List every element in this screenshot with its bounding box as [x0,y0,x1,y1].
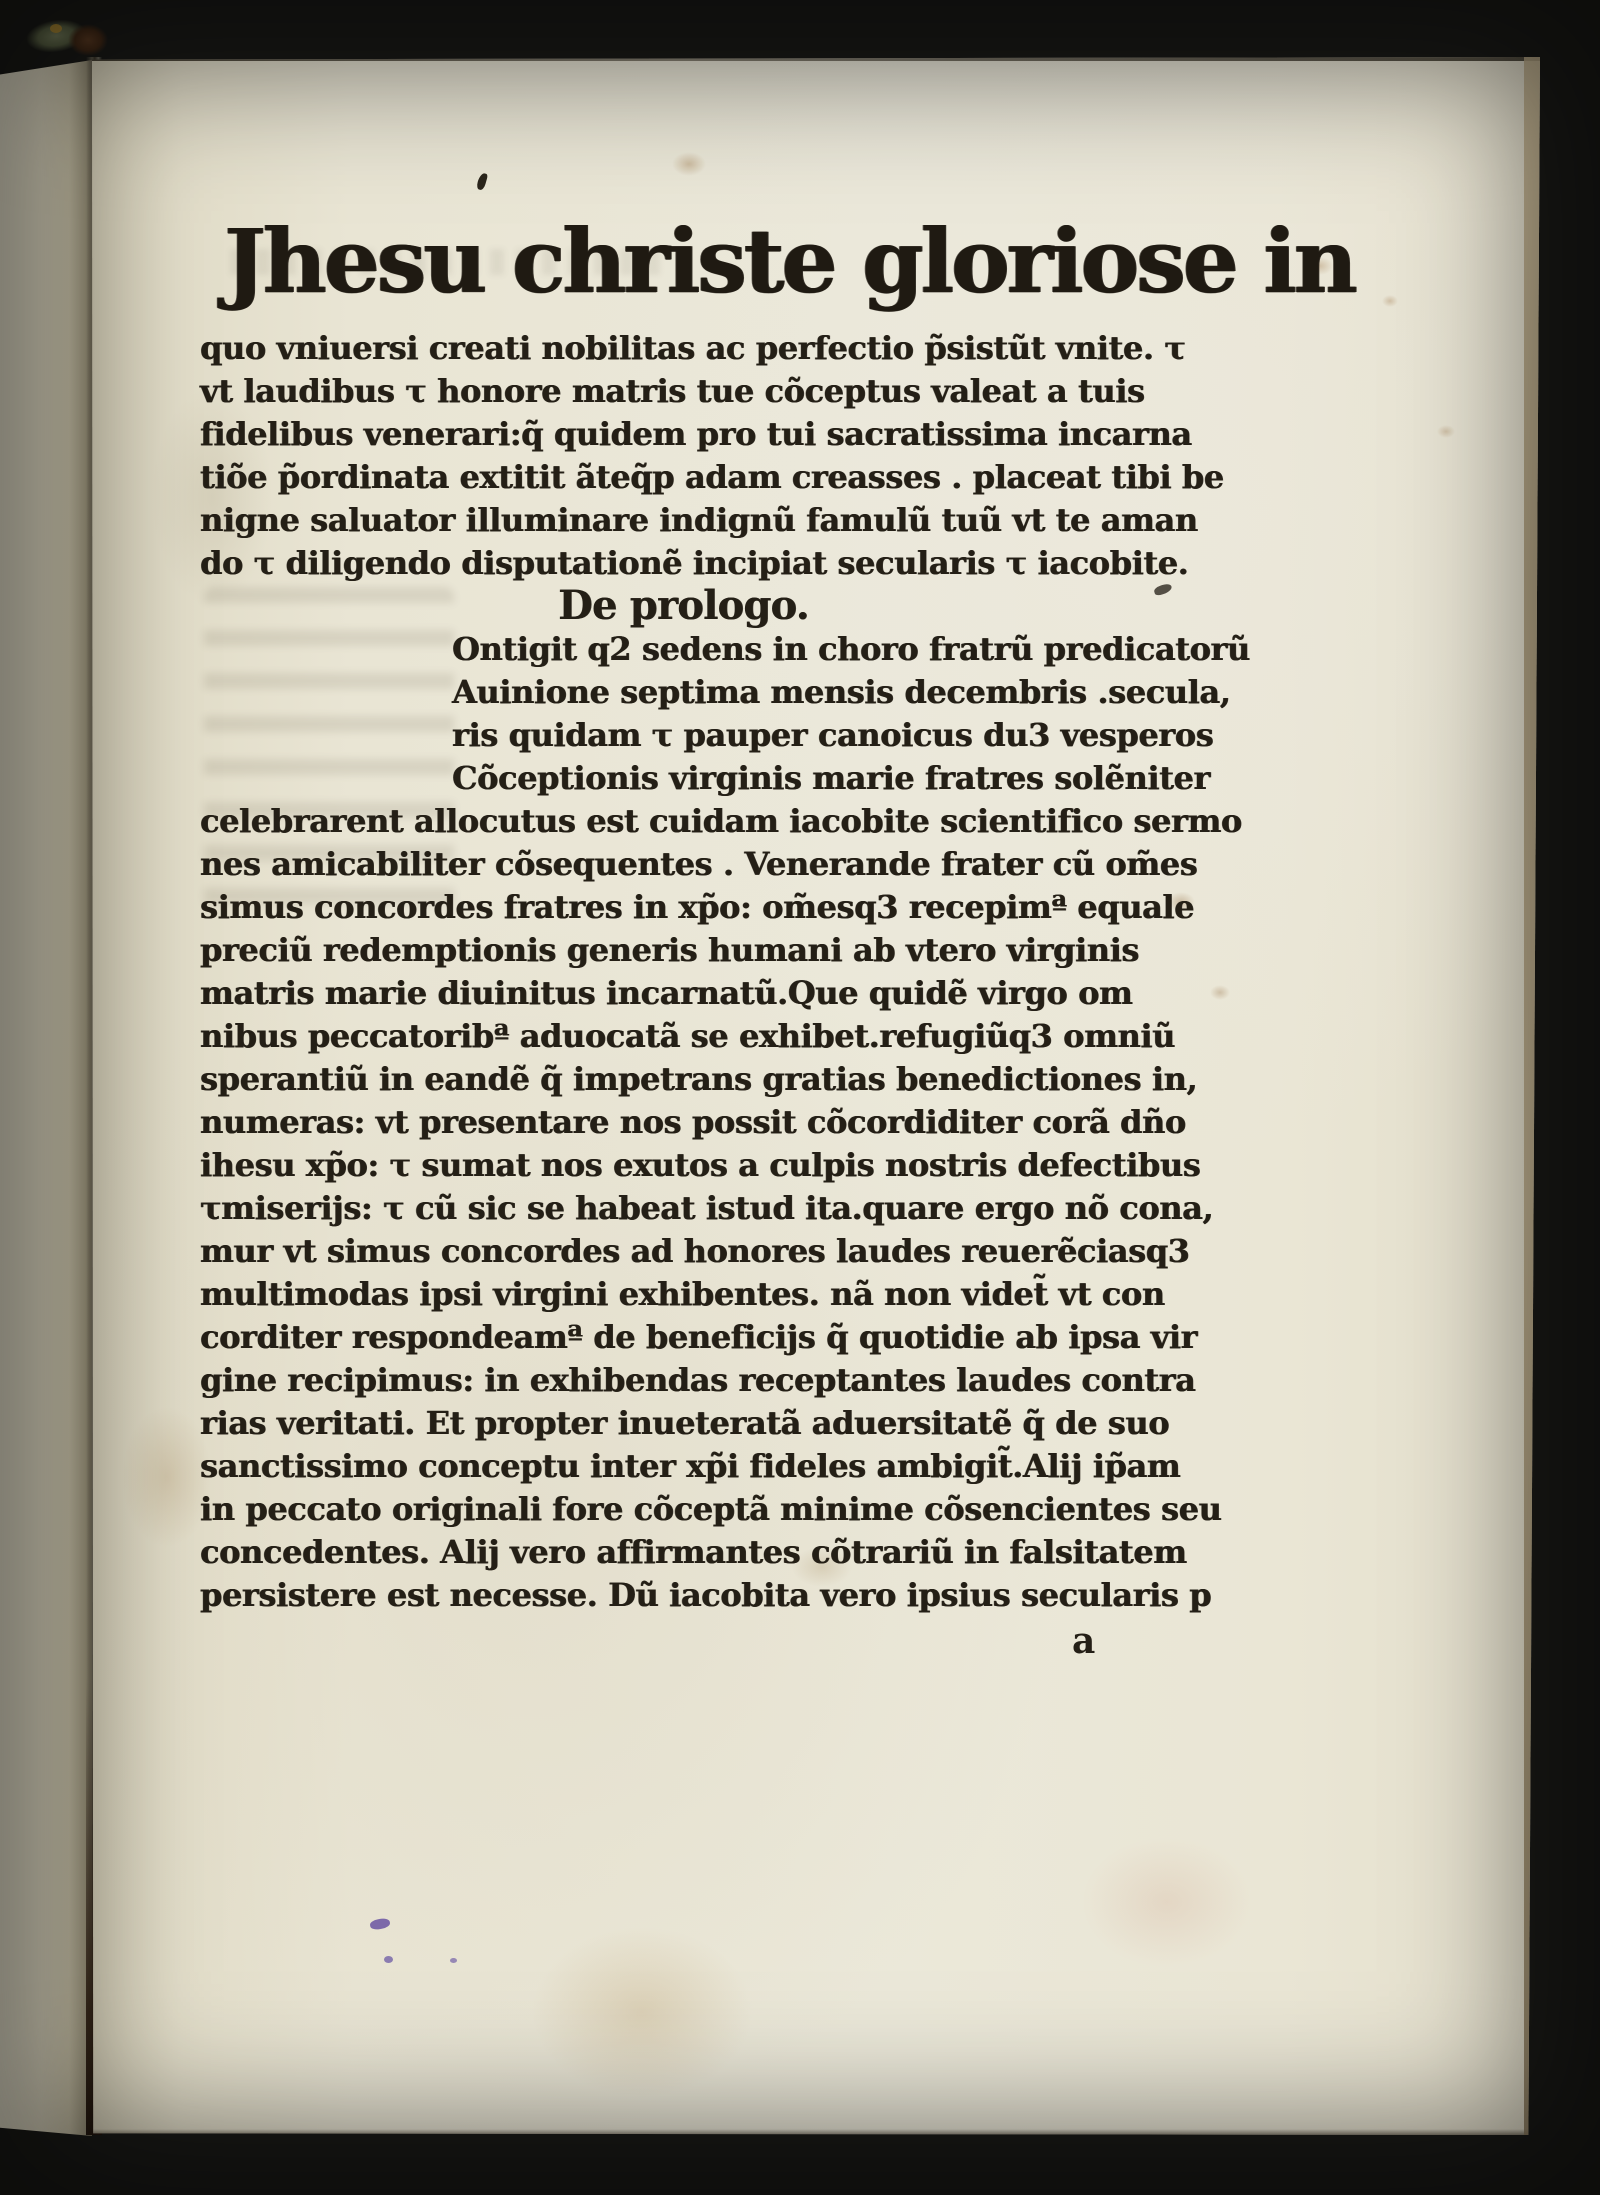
text-line: tiõe p̃ordinata extitit ãteq̃p adam crea… [200,461,1224,493]
text-line: matris marie diuinitus incarnatũ.Que qui… [200,977,1133,1009]
text-line: nigne saluator illuminare indignũ famulũ… [200,504,1198,536]
text-line: persistere est necesse. Dũ iacobita vero… [200,1579,1211,1611]
purple-ink-mark [369,1917,390,1930]
text-line-indented: Ontigit q2 sedens in choro fratrũ predic… [452,633,1250,665]
text-line: nes amicabiliter cõsequentes . Venerande… [200,848,1197,880]
text-line: sanctissimo conceptu inter xp̃i fideles … [200,1450,1180,1482]
book-page: Jhesu christe gloriose in quo vniuersi c… [92,57,1540,2135]
endband [50,24,62,33]
text-line: ihesu xp̃o: τ sumat nos exutos a culpis … [200,1149,1200,1181]
stain [1382,295,1398,307]
stain [1082,1837,1252,1967]
text-line: quo vniuersi creati nobilitas ac perfect… [200,332,1185,364]
endband [68,24,108,56]
text-line: do τ diligendo disputationẽ incipiat sec… [200,547,1188,579]
text-line: in peccato originali fore cõceptã minime… [200,1493,1221,1525]
text-line: gine recipimus: in exhibendas receptante… [200,1364,1196,1396]
facing-page-edge [0,60,92,2136]
ink-flourish [1153,582,1173,596]
text-line: numeras: vt presentare nos possit cõcord… [200,1106,1186,1138]
text-line: rias veritati. Et propter inueteratã adu… [200,1407,1169,1439]
text-line: simus concordes fratres in xp̃o: om̃esq3… [200,891,1194,923]
text-line: vt laudibus τ honore matris tue cõceptus… [200,375,1145,407]
purple-ink-mark [450,1958,457,1963]
text-line-indented: ris quidam τ pauper canoicus du3 vespero… [452,719,1213,751]
text-line: preciũ redemptionis generis humani ab vt… [200,934,1139,966]
stain [1437,425,1455,438]
text-line: nibus peccatoribª aduocatã se exhibet.re… [200,1020,1175,1052]
stain [122,1407,212,1547]
stain [532,1927,752,2097]
text-line: concedentes. Alij vero affirmantes cõtra… [200,1536,1187,1568]
book-scan: Jhesu christe gloriose in quo vniuersi c… [0,0,1600,2195]
text-line: mur vt simus concordes ad honores laudes… [200,1235,1190,1267]
page-bottom-edge [92,2129,1540,2135]
text-line-indented: Cõceptionis virginis marie fratres solẽn… [452,762,1210,794]
incipit-heading: Jhesu christe gloriose in [224,217,1355,305]
text-line-indented: Auinione septima mensis decembris .secul… [452,676,1231,708]
text-line: multimodas ipsi virgini exhibentes. nã n… [200,1278,1165,1310]
text-line: corditer respondeamª de beneficijs q̃ qu… [200,1321,1197,1353]
text-line: celebrarent allocutus est cuidam iacobit… [200,805,1242,837]
stain [1210,985,1230,1000]
ink-blot [476,172,488,191]
section-heading-prologue: De prologo. [558,586,809,626]
text-line: sperantiũ in eandẽ q̃ impetrans gratias … [200,1063,1197,1095]
text-line: τmiserijs: τ cũ sic se habeat istud ita.… [200,1192,1213,1224]
purple-ink-mark [384,1956,393,1963]
stain [672,152,706,176]
text-line: fidelibus venerari:q̃ quidem pro tui sac… [200,418,1192,450]
signature-mark: a [1072,1620,1095,1662]
